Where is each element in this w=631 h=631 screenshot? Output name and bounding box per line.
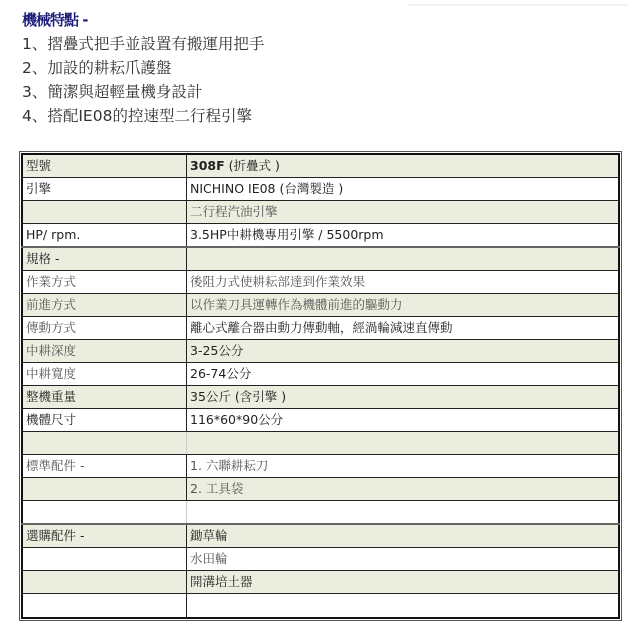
row-value (187, 594, 620, 619)
table-row-model: 型號 308F (折疊式 ) (22, 154, 619, 178)
row-label (22, 501, 187, 525)
row-value: 二行程汽油引擎 (187, 201, 620, 224)
row-label: HP/ rpm. (22, 224, 187, 248)
row-label: 機體尺寸 (22, 409, 187, 432)
row-value: 開溝培土器 (187, 571, 620, 594)
row-label: 標準配件 - (22, 455, 187, 478)
row-label: 選購配件 - (22, 524, 187, 548)
table-row: 整機重量 35公斤 (含引擎 ) (22, 386, 619, 409)
row-label: 作業方式 (22, 271, 187, 294)
feature-item: 4、搭配IE08的控速型二行程引擎 (22, 104, 264, 128)
feature-item: 2、加設的耕耘爪護盤 (22, 56, 264, 80)
row-label (22, 594, 187, 619)
table-row: 作業方式 後阻力式使耕耘部達到作業效果 (22, 271, 619, 294)
row-value (187, 247, 620, 271)
feature-item: 1、摺疊式把手並設置有搬運用把手 (22, 32, 264, 56)
row-value: 水田輪 (187, 548, 620, 571)
row-label: 中耕深度 (22, 340, 187, 363)
row-label: 引擎 (22, 178, 187, 201)
row-value: 308F (折疊式 ) (187, 154, 620, 178)
table-row-optional-accessories: 選購配件 - 鋤草輪 (22, 524, 619, 548)
table-row: 二行程汽油引擎 (22, 201, 619, 224)
row-value: 35公斤 (含引擎 ) (187, 386, 620, 409)
row-value (187, 501, 620, 525)
table-row-hp: HP/ rpm. 3.5HP中耕機專用引擎 / 5500rpm (22, 224, 619, 248)
table-row: 前進方式 以作業刀具運轉作為機體前進的驅動力 (22, 294, 619, 317)
feature-item: 3、簡潔與超輕量機身設計 (22, 80, 264, 104)
table-row-empty (22, 594, 619, 619)
table-row-spec-header: 規格 - (22, 247, 619, 271)
row-label: 規格 - (22, 247, 187, 271)
row-value: 3.5HP中耕機專用引擎 / 5500rpm (187, 224, 620, 248)
row-value (187, 432, 620, 455)
row-value: 以作業刀具運轉作為機體前進的驅動力 (187, 294, 620, 317)
model-number: 308F (190, 158, 225, 173)
row-label (22, 548, 187, 571)
features-title: 機械特點 - (22, 10, 264, 32)
table-row: 機體尺寸 116*60*90公分 (22, 409, 619, 432)
table-row-standard-accessories: 標準配件 - 1. 六聯耕耘刀 (22, 455, 619, 478)
row-value: 鋤草輪 (187, 524, 620, 548)
row-label (22, 432, 187, 455)
row-value: 離心式離合器由動力傳動軸，經渦輪減速直傳動 (187, 317, 620, 340)
table-row-empty (22, 501, 619, 525)
row-label: 前進方式 (22, 294, 187, 317)
table-row: 傳動方式 離心式離合器由動力傳動軸，經渦輪減速直傳動 (22, 317, 619, 340)
row-value: 116*60*90公分 (187, 409, 620, 432)
model-note: (折疊式 ) (225, 158, 280, 173)
spec-table: 型號 308F (折疊式 ) 引擎 NICHINO IE08 (台灣製造 ) 二… (21, 153, 620, 619)
row-value: 26-74公分 (187, 363, 620, 386)
table-row: 開溝培土器 (22, 571, 619, 594)
table-row-empty (22, 432, 619, 455)
row-label: 型號 (22, 154, 187, 178)
table-row: 2. 工具袋 (22, 478, 619, 501)
row-value: 3-25公分 (187, 340, 620, 363)
top-divider-shadow (408, 4, 628, 6)
row-value: NICHINO IE08 (台灣製造 ) (187, 178, 620, 201)
row-label: 中耕寬度 (22, 363, 187, 386)
row-value: 後阻力式使耕耘部達到作業效果 (187, 271, 620, 294)
row-label: 傳動方式 (22, 317, 187, 340)
features-section: 機械特點 - 1、摺疊式把手並設置有搬運用把手 2、加設的耕耘爪護盤 3、簡潔與… (22, 10, 264, 128)
row-value: 1. 六聯耕耘刀 (187, 455, 620, 478)
row-label (22, 201, 187, 224)
table-row: 中耕深度 3-25公分 (22, 340, 619, 363)
row-value: 2. 工具袋 (187, 478, 620, 501)
table-row: 中耕寬度 26-74公分 (22, 363, 619, 386)
table-row: 水田輪 (22, 548, 619, 571)
row-label (22, 571, 187, 594)
table-row-engine: 引擎 NICHINO IE08 (台灣製造 ) (22, 178, 619, 201)
row-label: 整機重量 (22, 386, 187, 409)
row-label (22, 478, 187, 501)
